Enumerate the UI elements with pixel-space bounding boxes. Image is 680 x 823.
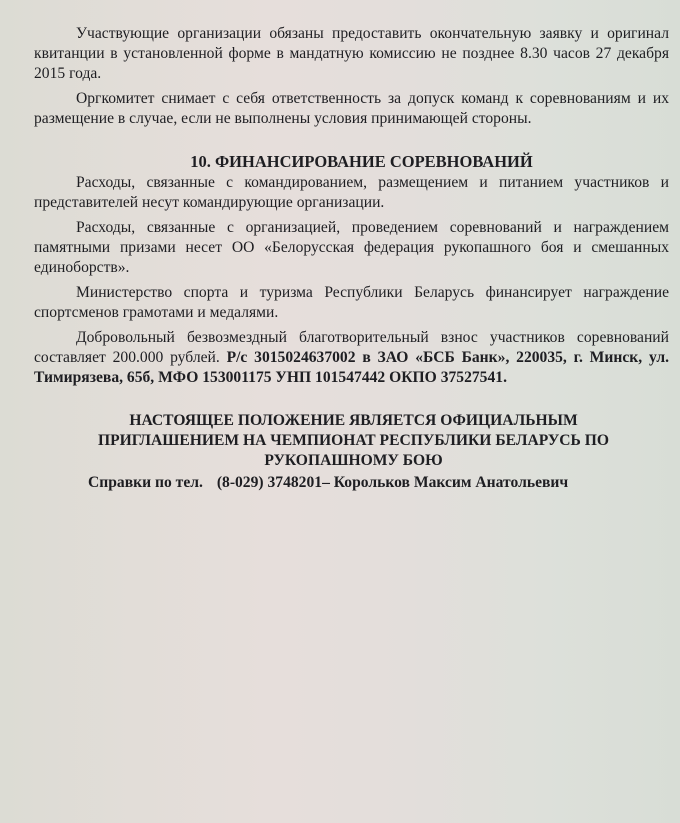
paragraph-application-deadline: Участвующие организации обязаны предоста… <box>34 24 669 84</box>
paragraph-entry-fee: Добровольный безвозмездный благотворител… <box>34 328 669 388</box>
official-notice-line-2: ПРИГЛАШЕНИЕМ НА ЧЕМПИОНАТ РЕСПУБЛИКИ БЕЛ… <box>38 431 669 451</box>
paragraph-travel-expenses: Расходы, связанные с командированием, ра… <box>34 173 669 213</box>
contact-phone: (8-029) 3748201– <box>217 474 330 491</box>
official-notice-line-3: РУКОПАШНОМУ БОЮ <box>38 451 669 471</box>
official-invitation-notice: НАСТОЯЩЕЕ ПОЛОЖЕНИЕ ЯВЛЯЕТСЯ ОФИЦИАЛЬНЫМ… <box>34 411 669 471</box>
contact-line: Справки по тел. (8-029) 3748201– Корольк… <box>88 473 669 493</box>
paragraph-orgcommittee-responsibility: Оргкомитет снимает с себя ответственност… <box>34 89 669 129</box>
contact-person: Корольков Максим Анатольевич <box>334 474 568 491</box>
section-heading-financing: 10. ФИНАНСИРОВАНИЕ СОРЕВНОВАНИЙ <box>34 151 669 173</box>
contact-label: Справки по тел. <box>88 474 203 491</box>
official-notice-line-1: НАСТОЯЩЕЕ ПОЛОЖЕНИЕ ЯВЛЯЕТСЯ ОФИЦИАЛЬНЫМ <box>38 411 669 431</box>
paragraph-organization-expenses: Расходы, связанные с организацией, прове… <box>34 218 669 278</box>
document-page: Участвующие организации обязаны предоста… <box>34 24 669 493</box>
paragraph-ministry-financing: Министерство спорта и туризма Республики… <box>34 283 669 323</box>
